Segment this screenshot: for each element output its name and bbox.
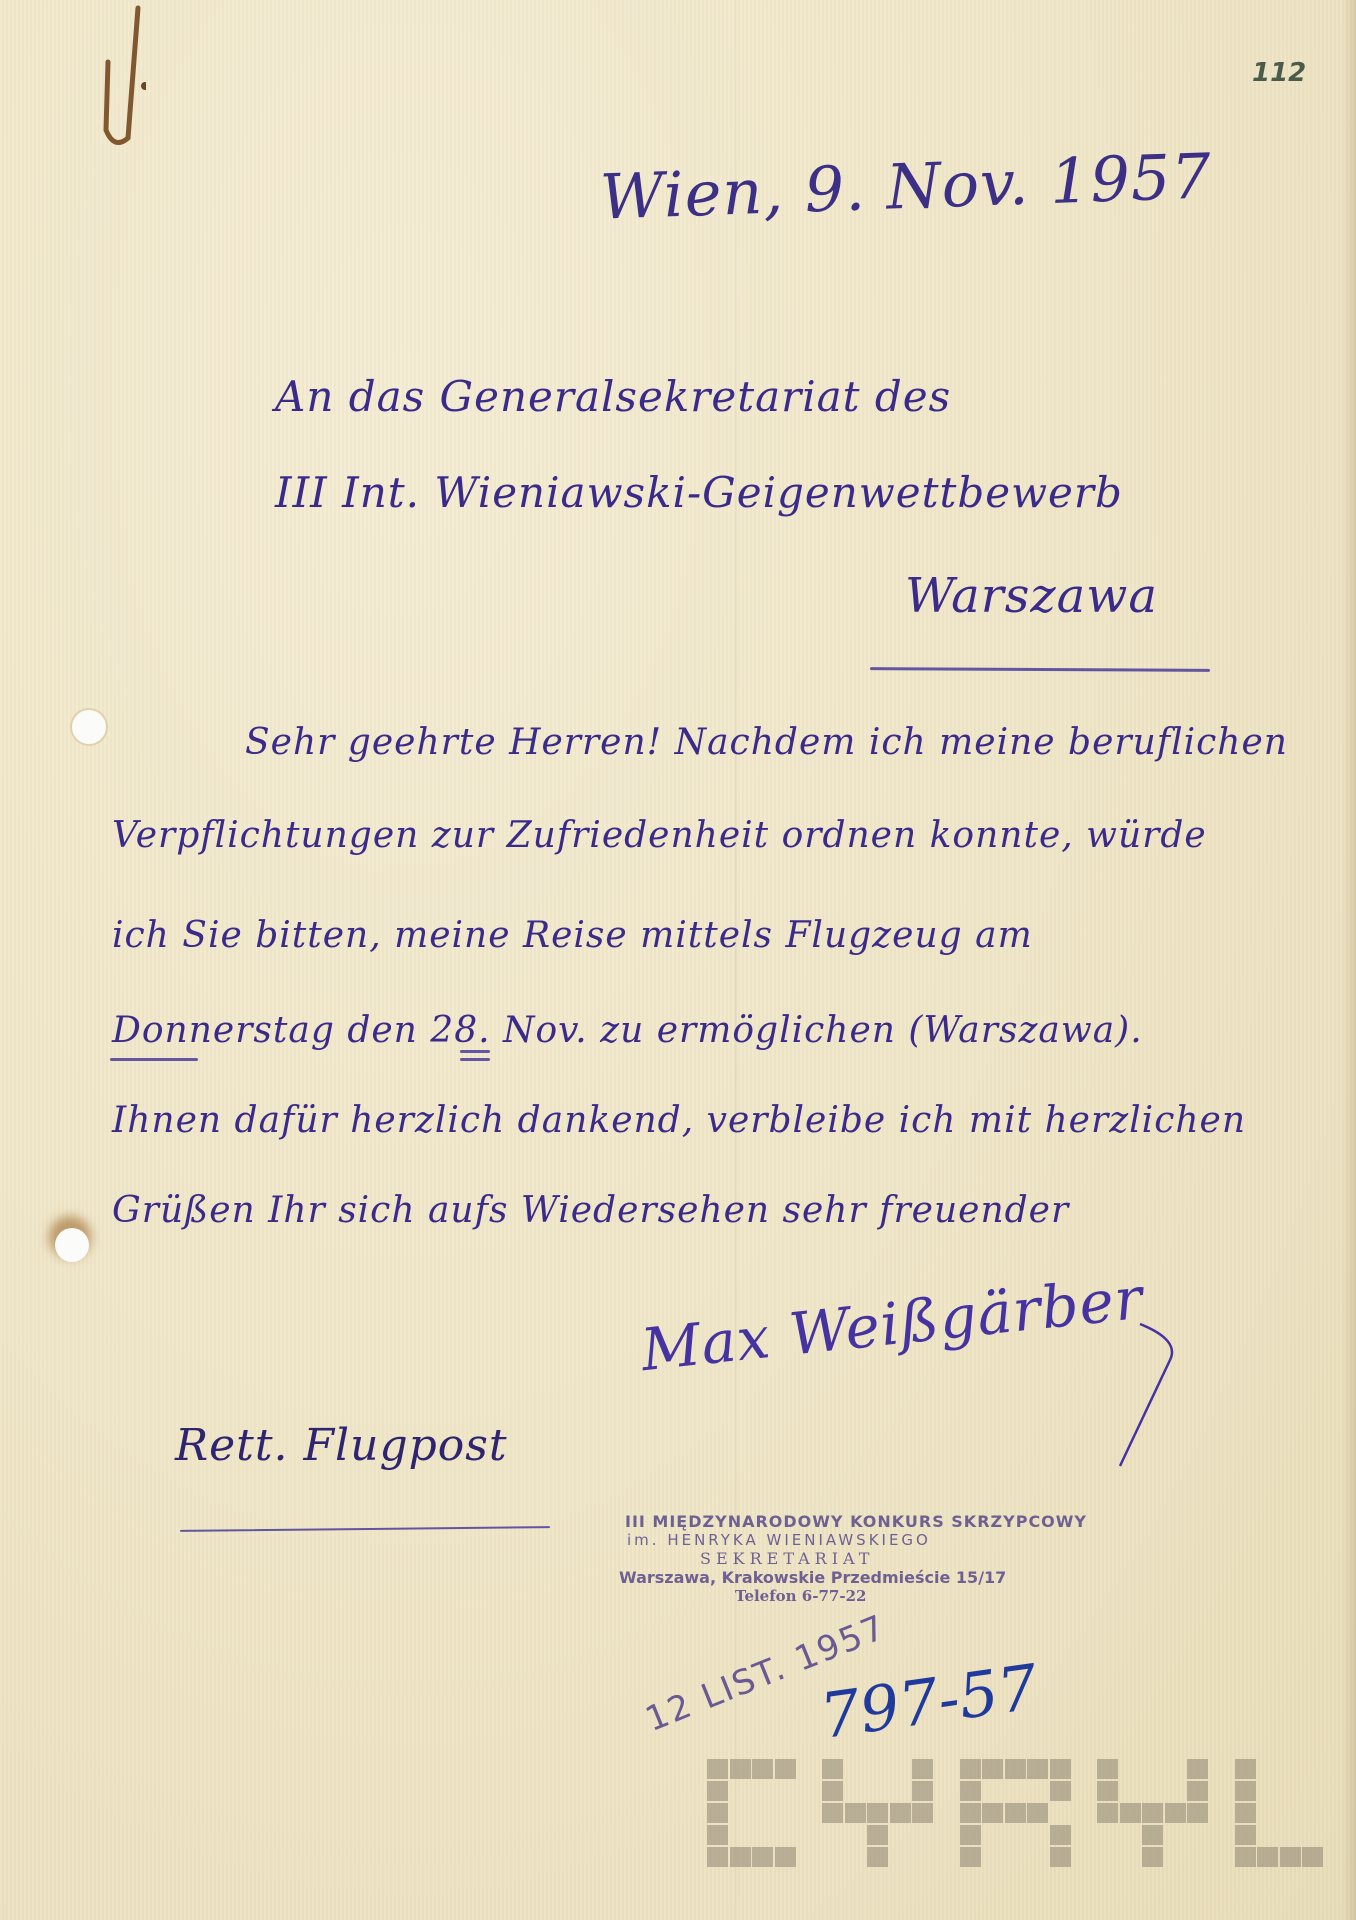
watermark-cell [982, 1759, 1003, 1779]
stamp-line-4: Warszawa, Krakowskie Przedmieście 15/17 [619, 1568, 1087, 1587]
watermark-cell [822, 1781, 843, 1801]
archive-page-number: 112 [1252, 58, 1306, 88]
body-line-1: Sehr geehrte Herren! Nachdem ich meine b… [245, 722, 1288, 763]
watermark-cell [1142, 1825, 1163, 1845]
body-line-5: Ihnen dafür herzlich dankend, verbleibe … [112, 1100, 1246, 1141]
watermark-cell [1027, 1803, 1048, 1823]
watermark-cell [775, 1847, 796, 1867]
reference-number: 797-57 [816, 1650, 1042, 1753]
handling-note: Rett. Flugpost [175, 1420, 508, 1471]
body-line-4: Donnerstag den 28. Nov. zu ermöglichen (… [112, 1010, 1143, 1051]
watermark-cell [1235, 1825, 1256, 1845]
watermark-cell [867, 1803, 888, 1823]
watermark-cell [912, 1759, 933, 1779]
watermark-cell [1097, 1759, 1118, 1779]
watermark-cell [1050, 1781, 1071, 1801]
watermark-cell [982, 1803, 1003, 1823]
addressee-city: Warszawa [905, 568, 1158, 624]
paper-edge-shadow [1342, 0, 1356, 1920]
body-line-2: Verpflichtungen zur Zufriedenheit ordnen… [112, 815, 1207, 856]
date-underline-2 [460, 1058, 490, 1061]
watermark-cell [822, 1759, 843, 1779]
watermark-cell [707, 1803, 728, 1823]
watermark-cell [707, 1825, 728, 1845]
watermark-cell [1165, 1803, 1186, 1823]
stamp-line-3: SEKRETARIAT [700, 1549, 1087, 1568]
watermark-cell [1142, 1803, 1163, 1823]
watermark-cell [1187, 1781, 1208, 1801]
body-line-6: Grüßen Ihr sich aufs Wiedersehen sehr fr… [112, 1190, 1069, 1231]
watermark-cell [1235, 1781, 1256, 1801]
addressee-underline [870, 667, 1210, 672]
watermark-cell [1097, 1781, 1118, 1801]
donnerstag-underline [110, 1058, 198, 1061]
secretariat-stamp: III MIĘDZYNARODOWY KONKURS SKRZYPCOWY im… [625, 1512, 1087, 1605]
watermark-cell [1050, 1825, 1071, 1845]
watermark-cell [1027, 1759, 1048, 1779]
signature-tail [1100, 1320, 1180, 1470]
addressee-line-2: III Int. Wieniawski-Geigenwettbewerb [275, 468, 1123, 517]
watermark-cell [752, 1759, 773, 1779]
paper-fold [735, 0, 737, 1920]
watermark-cell [1235, 1847, 1256, 1867]
watermark-cell [752, 1847, 773, 1867]
watermark-cell [730, 1759, 751, 1779]
body-line-3: ich Sie bitten, meine Reise mittels Flug… [112, 915, 1033, 956]
watermark-cell [960, 1803, 981, 1823]
watermark-cell [1235, 1759, 1256, 1779]
watermark-cell [890, 1803, 911, 1823]
watermark-cell [845, 1803, 866, 1823]
watermark-cell [730, 1847, 751, 1867]
watermark-cell [1050, 1759, 1071, 1779]
watermark-cell [1142, 1847, 1163, 1867]
watermark-cell [707, 1847, 728, 1867]
punch-hole-top [72, 710, 106, 744]
note-underline [180, 1526, 550, 1532]
watermark-cell [1235, 1803, 1256, 1823]
watermark-cell [1280, 1847, 1301, 1867]
watermark-cell [1050, 1847, 1071, 1867]
watermark-cell [867, 1825, 888, 1845]
watermark-cell [867, 1847, 888, 1867]
stamp-line-1: III MIĘDZYNARODOWY KONKURS SKRZYPCOWY [625, 1512, 1087, 1531]
watermark-cell [707, 1759, 728, 1779]
stamp-line-5: Telefon 6-77-22 [735, 1587, 1087, 1605]
addressee-line-1: An das Generalsekretariat des [275, 372, 951, 421]
watermark-cell [1302, 1847, 1323, 1867]
watermark-cell [1005, 1803, 1026, 1823]
watermark-cell [775, 1759, 796, 1779]
watermark-cell [707, 1781, 728, 1801]
stamp-line-2: im. HENRYKA WIENIAWSKIEGO [627, 1531, 1087, 1549]
watermark-cell [1257, 1847, 1278, 1867]
watermark-cell [912, 1803, 933, 1823]
watermark-cell [960, 1847, 981, 1867]
watermark-cell [1187, 1759, 1208, 1779]
letter-date: Wien, 9. Nov. 1957 [599, 139, 1213, 233]
watermark-cell [1120, 1803, 1141, 1823]
rust-paperclip-mark [100, 0, 146, 150]
punch-hole-bottom [55, 1228, 89, 1262]
watermark-cell [1187, 1803, 1208, 1823]
watermark-cell [1097, 1803, 1118, 1823]
watermark-cell [912, 1781, 933, 1801]
watermark-cell [822, 1803, 843, 1823]
signature: Max Weißgärber [638, 1264, 1147, 1384]
watermark-cell [1005, 1759, 1026, 1779]
watermark-cell [960, 1781, 981, 1801]
date-underline-1 [460, 1050, 490, 1053]
watermark-cell [960, 1759, 981, 1779]
letter-page: 112 Wien, 9. Nov. 1957 An das Generalsek… [0, 0, 1356, 1920]
watermark-cell [960, 1825, 981, 1845]
